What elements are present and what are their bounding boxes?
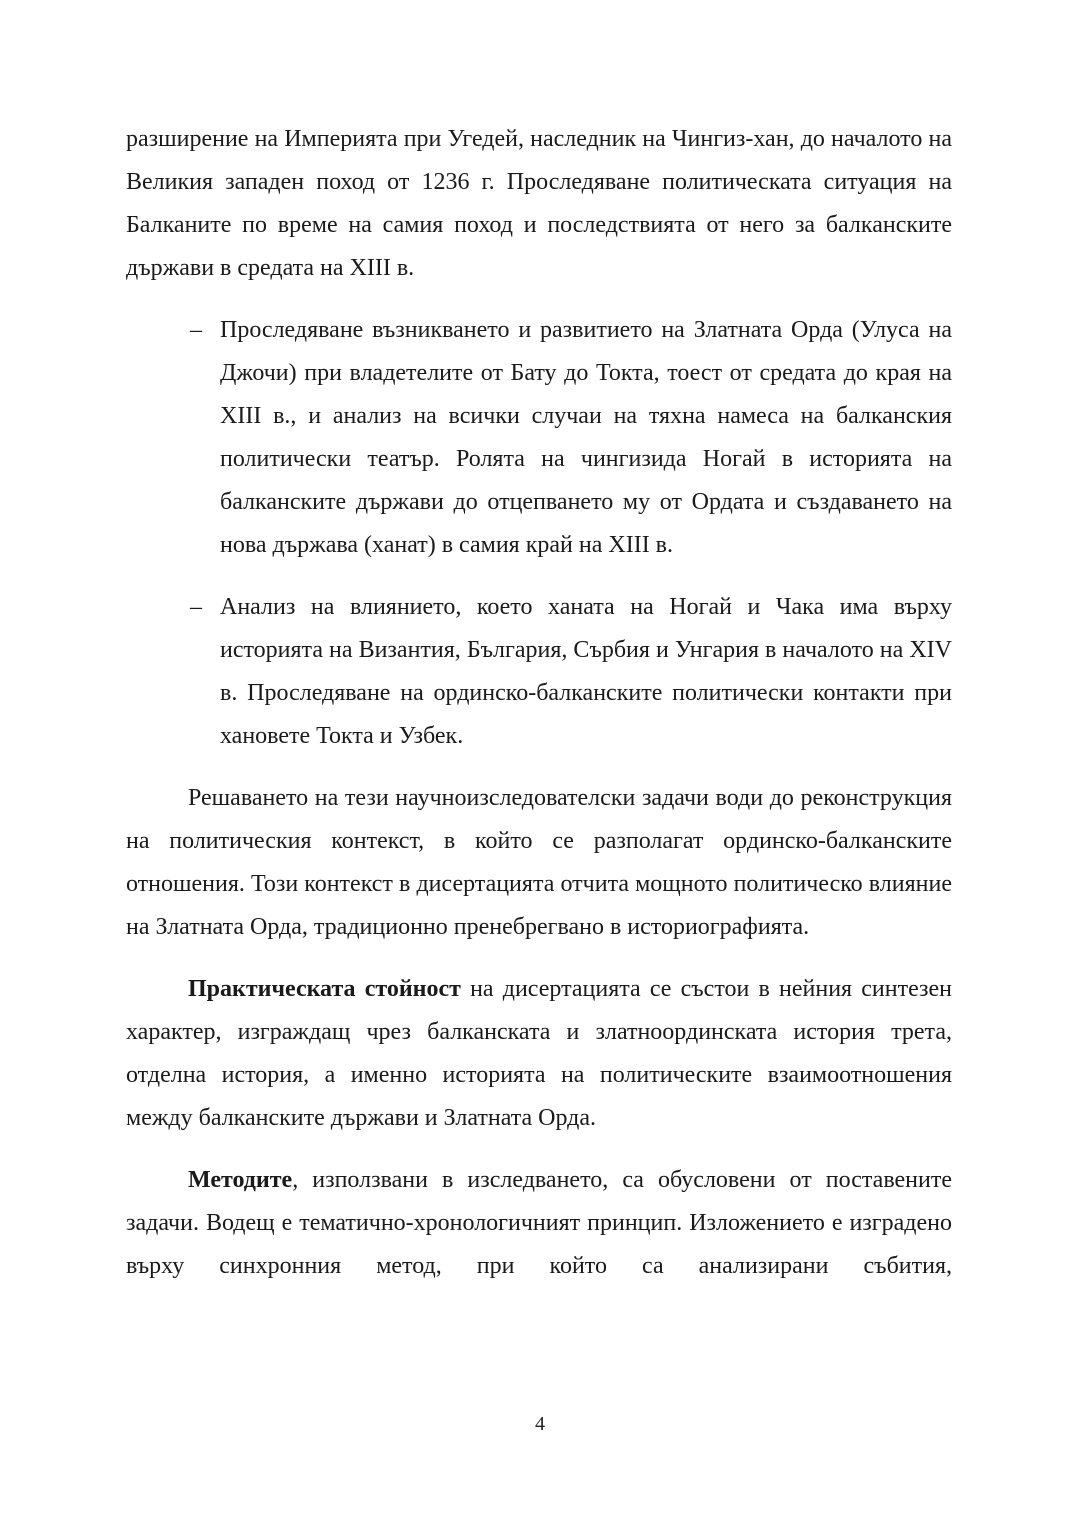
list-item: – Анализ на влиянието, което ханата на Н… bbox=[126, 586, 952, 758]
paragraph-metodite: Методите, използвани в изследването, са … bbox=[126, 1159, 952, 1288]
list-dash-marker: – bbox=[190, 309, 202, 352]
page-content: разширение на Империята при Угедей, насл… bbox=[126, 118, 952, 1288]
list-item-text: Анализ на влиянието, което ханата на Ног… bbox=[220, 586, 952, 758]
paragraph-lead-bold: Практическата стойност bbox=[188, 976, 461, 1002]
list-item: – Проследяване възникването и развитието… bbox=[126, 309, 952, 567]
document-page: разширение на Империята при Угедей, насл… bbox=[0, 0, 1080, 1527]
list-dash-marker: – bbox=[190, 586, 202, 629]
paragraph-reshavaneto: Решаването на тези научноизследователски… bbox=[126, 777, 952, 949]
paragraph-prakticheska-stoynost: Практическата стойност на дисертацията с… bbox=[126, 968, 952, 1140]
page-number: 4 bbox=[535, 1413, 545, 1435]
page-footer: 4 bbox=[0, 1412, 1080, 1436]
list-item-text: Проследяване възникването и развитието н… bbox=[220, 309, 952, 567]
paragraph-lead-bold: Методите bbox=[188, 1167, 292, 1193]
list-item-continuation-text: разширение на Империята при Угедей, насл… bbox=[126, 118, 952, 290]
